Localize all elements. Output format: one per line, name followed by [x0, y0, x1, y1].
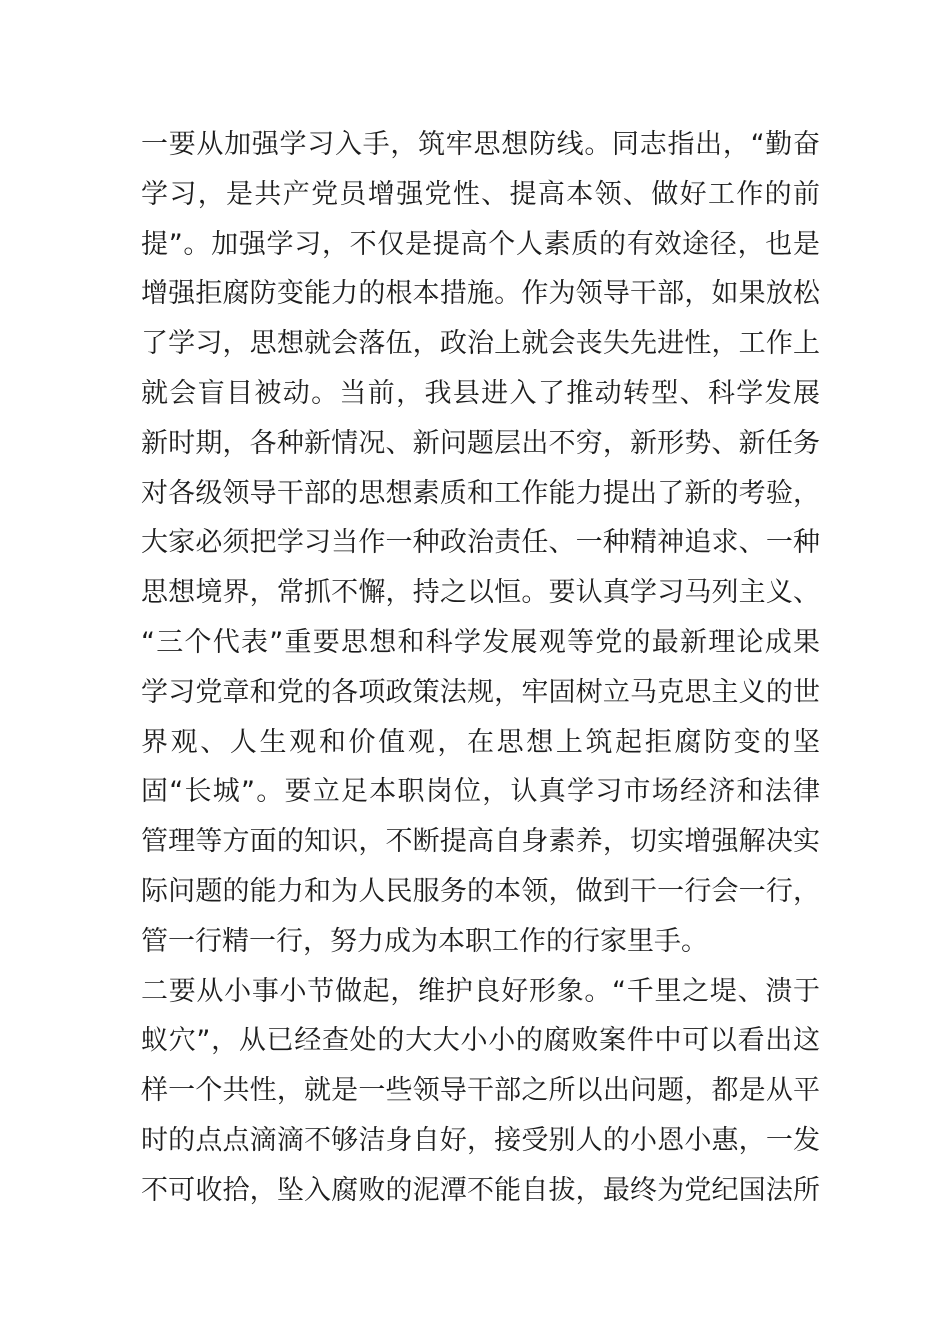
text-line: 就会盲目被动。当前，我县进入了推动转型、科学发展的. — [141, 369, 820, 419]
text-line: 增强拒腐防变能力的根本措施。作为领导干部，如果放松 — [141, 269, 820, 319]
text-line: 了学习，思想就会落伍，政治上就会丧失先进性，工作上 — [141, 319, 820, 369]
text-line: 固“长城”。要立足本职岗位，认真学习市场经济和法律 — [141, 767, 820, 817]
text-line: 样一个共性，就是一些领导干部之所以出问题，都是从平 — [141, 1066, 820, 1116]
text-line: 大家必须把学习当作一种政治责任、一种精神追求、一种 — [141, 518, 820, 568]
text-line: 蚁穴”，从已经查处的大大小小的腐败案件中可以看出这 — [141, 1016, 820, 1066]
text-line: 学习，是共产党员增强党性、提高本领、做好工作的前 — [141, 170, 820, 220]
paragraph-1: 一要从加强学习入手，筑牢思想防线。同志指出，“勤奋学习，是共产党员增强党性、提高… — [141, 120, 820, 967]
text-line: 新时期，各种新情况、新问题层出不穷，新形势、新任务 — [141, 419, 820, 469]
text-line: 学习党章和党的各项政策法规，牢固树立马克思主义的世 — [141, 668, 820, 718]
text-line: 一要从加强学习入手，筑牢思想防线。同志指出，“勤奋 — [141, 120, 820, 170]
text-line: 对各级领导干部的思想素质和工作能力提出了新的考验， — [141, 469, 820, 519]
text-line: 界观、人生观和价值观，在思想上筑起拒腐防变的坚 — [141, 718, 820, 768]
paragraph-2: 二要从小事小节做起，维护良好形象。“千里之堤、溃于蚁穴”，从已经查处的大大小小的… — [141, 967, 820, 1216]
text-line: 际问题的能力和为人民服务的本领，做到干一行会一行， — [141, 867, 820, 917]
text-line: 管理等方面的知识，不断提高自身素养，切实增强解决实 — [141, 817, 820, 867]
text-line: 不可收拾，坠入腐败的泥潭不能自拔，最终为党纪国法所 — [141, 1166, 820, 1216]
text-line: 思想境界，常抓不懈，持之以恒。要认真学习马列主义、 — [141, 568, 820, 618]
document-page: 一要从加强学习入手，筑牢思想防线。同志指出，“勤奋学习，是共产党员增强党性、提高… — [0, 0, 950, 1344]
text-line: 提”。加强学习，不仅是提高个人素质的有效途径，也是 — [141, 220, 820, 270]
text-line: 时的点点滴滴不够洁身自好，接受别人的小恩小惠，一发 — [141, 1116, 820, 1166]
text-line: 管一行精一行，努力成为本职工作的行家里手。 — [141, 917, 820, 967]
text-line: 二要从小事小节做起，维护良好形象。“千里之堤、溃于 — [141, 967, 820, 1017]
text-line: “三个代表”重要思想和科学发展观等党的最新理论成果 — [141, 618, 820, 668]
document-body: 一要从加强学习入手，筑牢思想防线。同志指出，“勤奋学习，是共产党员增强党性、提高… — [141, 120, 820, 1216]
